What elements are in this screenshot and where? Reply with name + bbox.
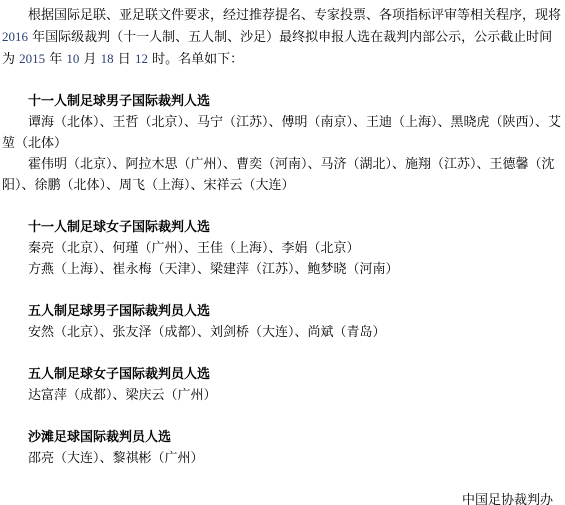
number-text: 12 [135, 51, 148, 66]
referee-line: 安然（北京）、张友泽（成都）、刘剑桥（大连）、尚斌（青岛） [2, 322, 563, 343]
section-lines: 谭海（北体）、王哲（北京）、马宁（江苏）、傅明（南京）、王迪（上海）、黑晓虎（陕… [2, 112, 563, 196]
number-text: 2015 [19, 51, 45, 66]
number-text: 2016 [2, 29, 28, 44]
announcement-document: 根据国际足联、亚足联文件要求，经过推荐提名、专家投票、各项指标评审等相关程序，现… [0, 0, 565, 505]
referee-line: 邵亮（大连）、黎祺彬（广州） [2, 448, 563, 469]
referee-section: 五人制足球女子国际裁判员人选 达富萍（成都）、梁庆云（广州） [2, 364, 563, 406]
referee-section: 沙滩足球国际裁判员人选 邵亮（大连）、黎祺彬（广州） [2, 427, 563, 469]
body-text: 日 [114, 52, 135, 67]
section-lines: 安然（北京）、张友泽（成都）、刘剑桥（大连）、尚斌（青岛） [2, 322, 563, 343]
referee-section: 五人制足球男子国际裁判员人选 安然（北京）、张友泽（成都）、刘剑桥（大连）、尚斌… [2, 301, 563, 343]
section-lines: 邵亮（大连）、黎祺彬（广州） [2, 448, 563, 469]
intro-paragraph: 根据国际足联、亚足联文件要求，经过推荐提名、专家投票、各项指标评审等相关程序，现… [2, 5, 563, 70]
referee-line: 霍伟明（北京）、阿拉木思（广州）、曹奕（河南）、马济（湖北）、施翔（江苏）、王德… [2, 154, 563, 196]
section-heading: 五人制足球男子国际裁判员人选 [2, 301, 563, 322]
body-text: 月 [79, 52, 100, 67]
referee-line: 秦亮（北京）、何瑾（广州）、王佳（上海）、李娟（北京） [2, 238, 563, 259]
body-text: 年 [45, 52, 66, 67]
section-heading: 沙滩足球国际裁判员人选 [2, 427, 563, 448]
section-heading: 五人制足球女子国际裁判员人选 [2, 364, 563, 385]
section-lines: 达富萍（成都）、梁庆云（广州） [2, 385, 563, 406]
number-text: 10 [66, 51, 79, 66]
section-heading: 十一人制足球女子国际裁判人选 [2, 217, 563, 238]
referee-line: 达富萍（成都）、梁庆云（广州） [2, 385, 563, 406]
section-lines: 秦亮（北京）、何瑾（广州）、王佳（上海）、李娟（北京）方燕（上海）、崔永梅（天津… [2, 238, 563, 280]
number-text: 18 [101, 51, 114, 66]
referee-line: 谭海（北体）、王哲（北京）、马宁（江苏）、傅明（南京）、王迪（上海）、黑晓虎（陕… [2, 112, 563, 154]
sections: 十一人制足球男子国际裁判人选 谭海（北体）、王哲（北京）、马宁（江苏）、傅明（南… [2, 91, 563, 469]
referee-section: 十一人制足球男子国际裁判人选 谭海（北体）、王哲（北京）、马宁（江苏）、傅明（南… [2, 91, 563, 196]
signature: 中国足协裁判办 [2, 490, 563, 505]
body-text: 根据国际足联、亚足联文件要求，经过推荐提名、专家投票、各项指标评审等相关程序，现… [28, 8, 561, 23]
referee-section: 十一人制足球女子国际裁判人选 秦亮（北京）、何瑾（广州）、王佳（上海）、李娟（北… [2, 217, 563, 280]
referee-line: 方燕（上海）、崔永梅（天津）、梁建萍（江苏）、鲍梦晓（河南） [2, 259, 563, 280]
body-text: 时。名单如下： [148, 52, 243, 67]
section-heading: 十一人制足球男子国际裁判人选 [2, 91, 563, 112]
